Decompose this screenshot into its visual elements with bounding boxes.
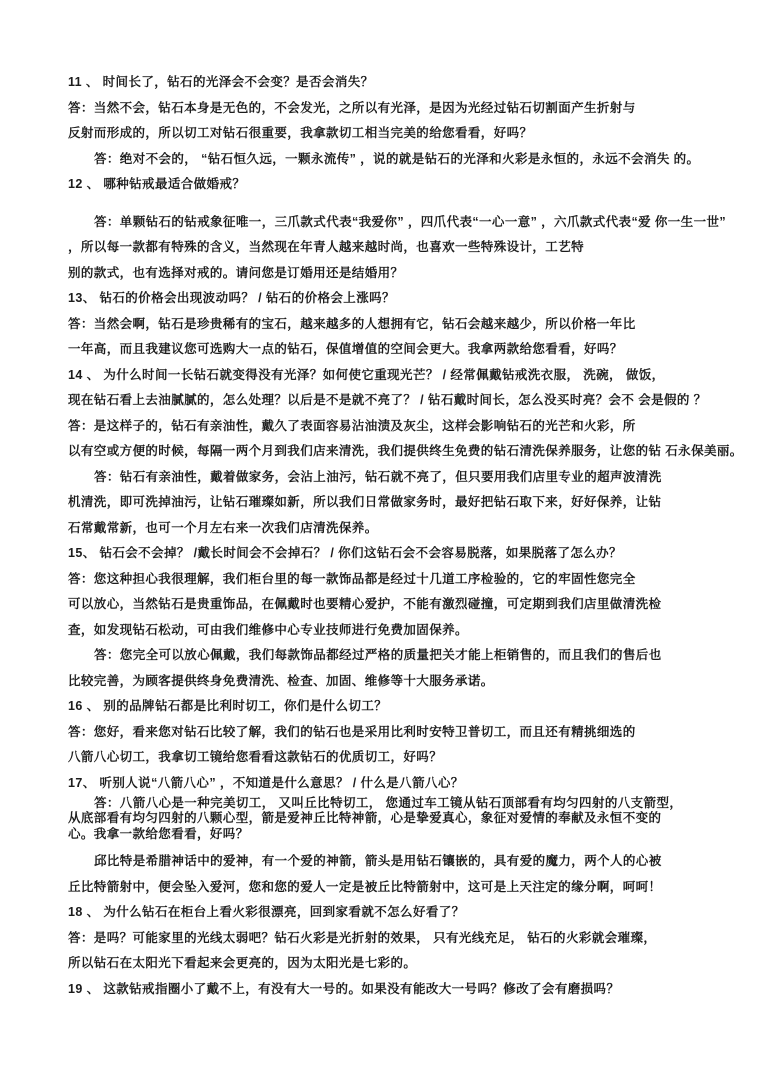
qa-line-a15-3: 查，如发现钻石松动，可由我们维修中心专业技师进行免费加固保养。 — [68, 618, 742, 644]
qa-line-a13-2: 一年高，而且我建议您可选购大一点的钻石，保值增值的空间会更大。我拿两款给您看看，… — [68, 337, 742, 363]
qa-line-a16-2: 八箭八心切工，我拿切工镜给您看看这款钻石的优质切工，好吗？ — [68, 745, 742, 771]
qa-line-q17: 17、 听别人说“八箭八心” ，不知道是什么意思？ / 什么是八箭八心？ — [68, 771, 742, 797]
qa-line-a11-1: 答：当然不会，钻石本身是无色的，不会发光，之所以有光泽，是因为光经过钻石切割面产… — [68, 96, 742, 122]
qa-line-a14-2: 以有空或方便的时候，每隔一两个月到我们店来清洗，我们提供终生免费的钻石清洗保养服… — [68, 439, 742, 465]
qa-line-a14-alt-3: 石常戴常新，也可一个月左右来一次我们店清洗保养。 — [68, 516, 742, 542]
qa-line-a11-2: 反射而形成的，所以切工对钻石很重要，我拿款切工相当完美的给您看看，好吗？ — [68, 121, 742, 147]
qa-line-a11-alt: 答：绝对不会的， “钻石恒久远，一颗永流传” ，说的就是钻石的光泽和火彩是永恒的… — [68, 147, 742, 173]
qa-line-a18-2: 所以钻石在太阳光下看起来会更亮的，因为太阳光是七彩的。 — [68, 951, 742, 977]
qa-line-a18-1: 答：是吗？可能家里的光线太弱吧？钻石火彩是光折射的效果， 只有光线充足， 钻石的… — [68, 926, 742, 952]
qa-line-q19: 19 、 这款钻戒指圈小了戴不上，有没有大一号的。如果没有能改大一号吗？修改了会… — [68, 977, 742, 1003]
qa-line-a14-1: 答：是这样子的，钻石有亲油性，戴久了表面容易沾油渍及灰尘，这样会影响钻石的光芒和… — [68, 414, 742, 440]
qa-line-a17-4: 邱比特是希腊神话中的爱神，有一个爱的神箭，箭头是用钻石镶嵌的，具有爱的魔力，两个… — [68, 849, 742, 875]
qa-line-q14-2: 现在钻石看上去油腻腻的，怎么处理？以后是不是就不亮了？ / 钻石戴时间长，怎么没… — [68, 388, 742, 414]
qa-line-a12-1: 答：单颗钻石的钻戒象征唯一，三爪款式代表“我爱你” ，四爪代表“一心一意” ，六… — [68, 210, 742, 236]
qa-line-q12: 12 、 哪种钻戒最适合做婚戒？ — [68, 172, 742, 198]
qa-line-a15-2: 可以放心，当然钻石是贵重饰品，在佩戴时也要精心爱护，不能有激烈碰撞，可定期到我们… — [68, 592, 742, 618]
qa-line-a17-3: 心。我拿一款给您看看，好吗？ — [68, 827, 742, 842]
qa-line-a17-2: 从底部看有均匀四射的八颗心型，箭是爱神丘比特神箭，心是挚爱真心，象征对爱情的奉献… — [68, 811, 742, 826]
qa-line-q11: 11 、 时间长了，钻石的光泽会不会变？是否会消失？ — [68, 70, 742, 96]
qa-line-a16-1: 答：您好，看来您对钻石比较了解，我们的钻石也是采用比利时安特卫普切工，而且还有精… — [68, 720, 742, 746]
qa-line-a15-alt-1: 答：您完全可以放心佩戴，我们每款饰品都经过严格的质量把关才能上柜销售的，而且我们… — [68, 643, 742, 669]
qa-line-q13: 13、 钻石的价格会出现波动吗？ / 钻石的价格会上涨吗？ — [68, 286, 742, 312]
qa-line-a17-5: 丘比特箭射中，便会坠入爱河，您和您的爱人一定是被丘比特箭射中，这可是上天注定的缘… — [68, 875, 742, 901]
qa-line-q18: 18 、 为什么钻石在柜台上看火彩很漂亮，回到家看就不怎么好看了？ — [68, 900, 742, 926]
qa-line-a14-alt-1: 答：钻石有亲油性，戴着做家务，会沾上油污，钻石就不亮了，但只要用我们店里专业的超… — [68, 465, 742, 491]
qa-line-q15: 15、 钻石会不会掉？ /戴长时间会不会掉石？ / 你们这钻石会不会容易脱落，如… — [68, 541, 742, 567]
qa-line-a13-1: 答：当然会啊，钻石是珍贵稀有的宝石，越来越多的人想拥有它，钻石会越来越少，所以价… — [68, 312, 742, 338]
qa-line-a12-3: 别的款式，也有选择对戒的。请问您是订婚用还是结婚用？ — [68, 261, 742, 287]
qa-line-a17-1: 答：八箭八心是一种完美切工， 又叫丘比特切工， 您通过车工镜从钻石顶部看有均匀四… — [68, 796, 742, 811]
qa-line-a15-1: 答：您这种担心我很理解，我们柜台里的每一款饰品都是经过十几道工序检验的，它的牢固… — [68, 567, 742, 593]
qa-line-q16: 16 、 别的品牌钻石都是比利时切工，你们是什么切工？ — [68, 694, 742, 720]
qa-line-a14-alt-2: 机清洗，即可洗掉油污，让钻石璀璨如新，所以我们日常做家务时，最好把钻石取下来，好… — [68, 490, 742, 516]
qa-line-a15-alt-2: 比较完善，为顾客提供终身免费清洗、检查、加固、维修等十大服务承诺。 — [68, 669, 742, 695]
document-page: 11 、 时间长了，钻石的光泽会不会变？是否会消失？ 答：当然不会，钻石本身是无… — [0, 0, 762, 1080]
qa-line-a12-2: ，所以每一款都有特殊的含义，当然现在年青人越来越时尚，也喜欢一些特殊设计，工艺特 — [68, 235, 742, 261]
qa-line-q14-1: 14 、 为什么时间一长钻石就变得没有光泽？如何使它重现光芒？ / 经常佩戴钻戒… — [68, 363, 742, 389]
